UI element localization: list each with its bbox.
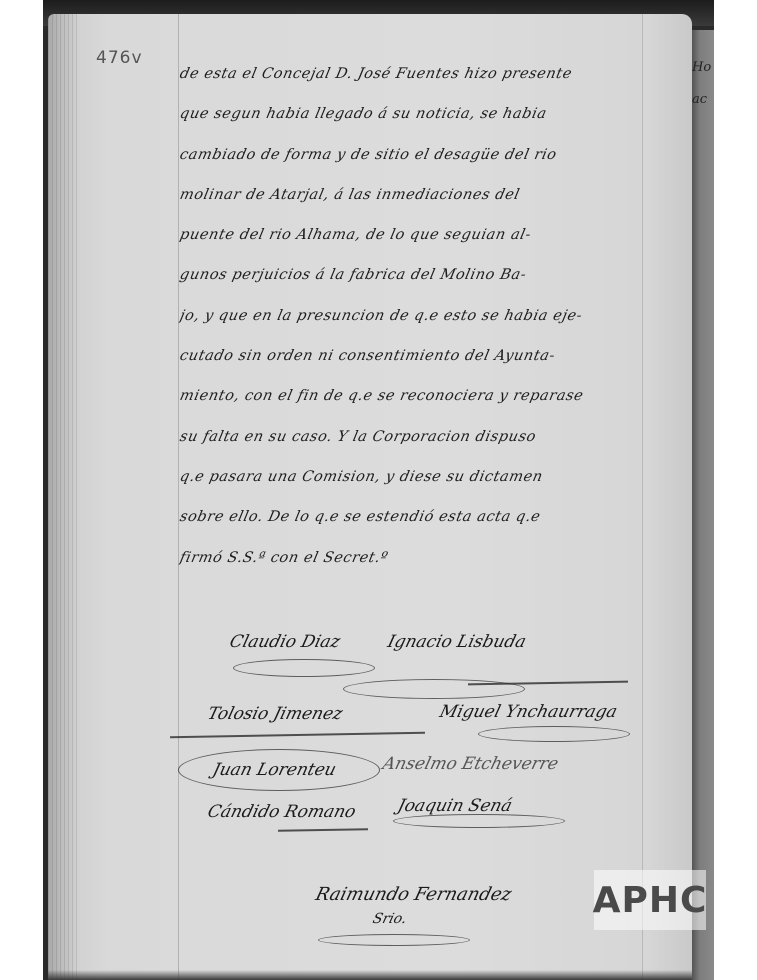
signature: Raimundo Fernandez: [313, 884, 513, 905]
text-line: cambiado de forma y de sitio el desagüe …: [176, 135, 655, 175]
signature-flourish: [478, 726, 630, 742]
text-line: jo, y que en la presuncion de q.e esto s…: [176, 296, 655, 336]
signature: Cándido Romano: [206, 802, 358, 822]
archive-watermark: APHC: [594, 870, 706, 930]
signature: Anselmo Etcheverre: [381, 754, 561, 774]
text-line: su falta en su caso. Y la Corporacion di…: [176, 417, 655, 457]
folio-number: 476v: [96, 48, 143, 68]
signature: Ignacio Lisbuda: [386, 632, 529, 652]
body-text: de esta el Concejal D. José Fuentes hizo…: [180, 54, 650, 578]
text-line: sobre ello. De lo q.e se estendió esta a…: [176, 497, 655, 537]
text-line: de esta el Concejal D. José Fuentes hizo…: [176, 54, 655, 94]
text-line: molinar de Atarjal, á las inmediaciones …: [176, 175, 655, 215]
signature: Claudio Diaz: [228, 632, 343, 652]
signature-flourish: [393, 814, 565, 828]
signature-underline: [170, 732, 425, 738]
signature: Tolosio Jimenez: [206, 704, 345, 724]
manuscript-page: 476v de esta el Concejal D. José Fuentes…: [48, 14, 692, 980]
page-bottom-shadow: [48, 970, 692, 980]
text-line: que segun habia llegado á su noticia, se…: [176, 94, 655, 134]
text-line: gunos perjuicios á la fabrica del Molino…: [176, 255, 655, 295]
text-line: puente del rio Alhama, de lo que seguian…: [176, 215, 655, 255]
facing-page-edge: Ho ac: [690, 30, 714, 980]
text-line: firmó S.S.ª con el Secret.º: [176, 538, 655, 578]
text-line: cutado sin orden ni consentimiento del A…: [176, 336, 655, 376]
facing-page-fragment: ac: [692, 92, 707, 107]
page-stack-edges: [48, 14, 78, 980]
signature: Joaquin Sená: [396, 796, 515, 816]
text-line: miento, con el fin de q.e se reconociera…: [176, 376, 655, 416]
facing-page-fragment: Ho: [692, 60, 711, 75]
signature-flourish: [318, 934, 470, 946]
signature: Srio.: [371, 911, 408, 927]
signature: Miguel Ynchaurraga: [438, 702, 620, 722]
signature: Juan Lorenteu: [211, 760, 339, 780]
signature-underline: [278, 828, 368, 832]
signature-flourish: [233, 659, 375, 677]
text-line: q.e pasara una Comision, y diese su dict…: [176, 457, 655, 497]
